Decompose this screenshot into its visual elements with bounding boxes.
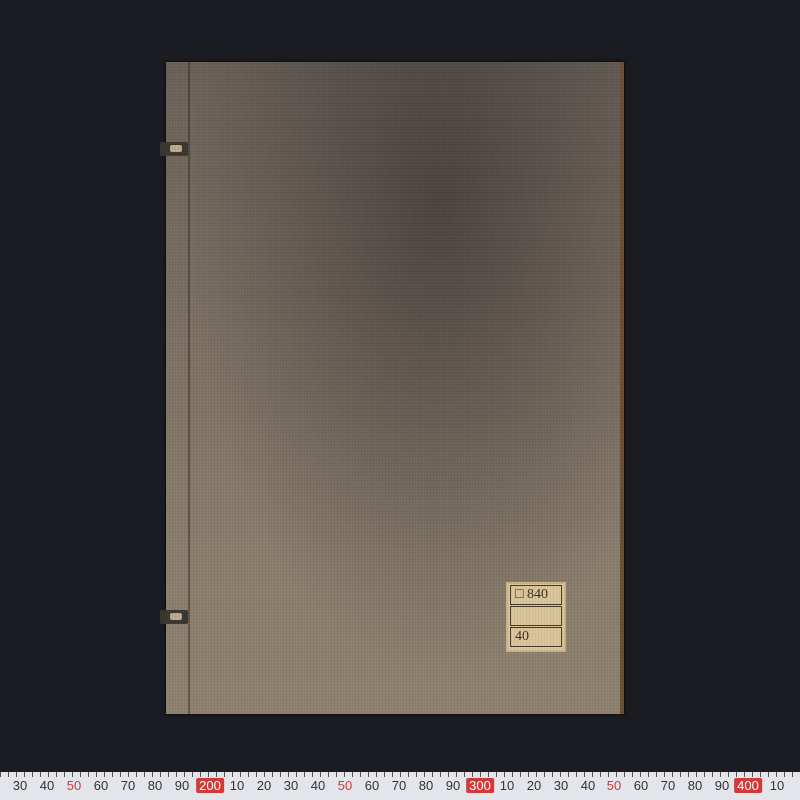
ruler-tick: 90 [446, 778, 460, 793]
ruler-tick: 90 [715, 778, 729, 793]
ruler-tick: 60 [365, 778, 379, 793]
ruler-tick: 70 [392, 778, 406, 793]
measuring-ruler: 30 40 50 60 70 80 90 200 10 20 30 40 50 … [0, 772, 800, 800]
ruler-tick: 50 [607, 778, 621, 793]
page-edge [620, 62, 624, 714]
ruler-tick: 80 [419, 778, 433, 793]
ruler-tick: 70 [121, 778, 135, 793]
ruler-tick: 70 [661, 778, 675, 793]
ruler-tick: 20 [527, 778, 541, 793]
ruler-tick: 60 [634, 778, 648, 793]
binding-tie-top [160, 142, 188, 156]
ruler-tick: 50 [338, 778, 352, 793]
ruler-tick: 40 [311, 778, 325, 793]
ruler-tick: 90 [175, 778, 189, 793]
ruler-tick: 10 [230, 778, 244, 793]
ruler-tick: 30 [13, 778, 27, 793]
ruler-tick: 20 [257, 778, 271, 793]
ruler-tick: 50 [67, 778, 81, 793]
label-row-1: □ 840 [510, 585, 562, 605]
ruler-tick: 400 [734, 778, 762, 793]
catalog-label: □ 840 40 [506, 582, 566, 652]
ruler-tick: 80 [688, 778, 702, 793]
label-row-3: 40 [510, 627, 562, 647]
ruler-tick: 60 [94, 778, 108, 793]
ruler-tick: 80 [148, 778, 162, 793]
book-cover: □ 840 40 [166, 62, 624, 714]
binding-tie-bottom [160, 610, 188, 624]
ruler-tick: 30 [554, 778, 568, 793]
ruler-tick: 40 [581, 778, 595, 793]
spine-crease [188, 62, 190, 714]
ruler-tick: 10 [500, 778, 514, 793]
ruler-tick: 30 [284, 778, 298, 793]
ruler-tick: 40 [40, 778, 54, 793]
label-row-2 [510, 606, 562, 626]
ruler-tick: 300 [466, 778, 494, 793]
ruler-tick: 200 [196, 778, 224, 793]
ruler-tick: 10 [770, 778, 784, 793]
